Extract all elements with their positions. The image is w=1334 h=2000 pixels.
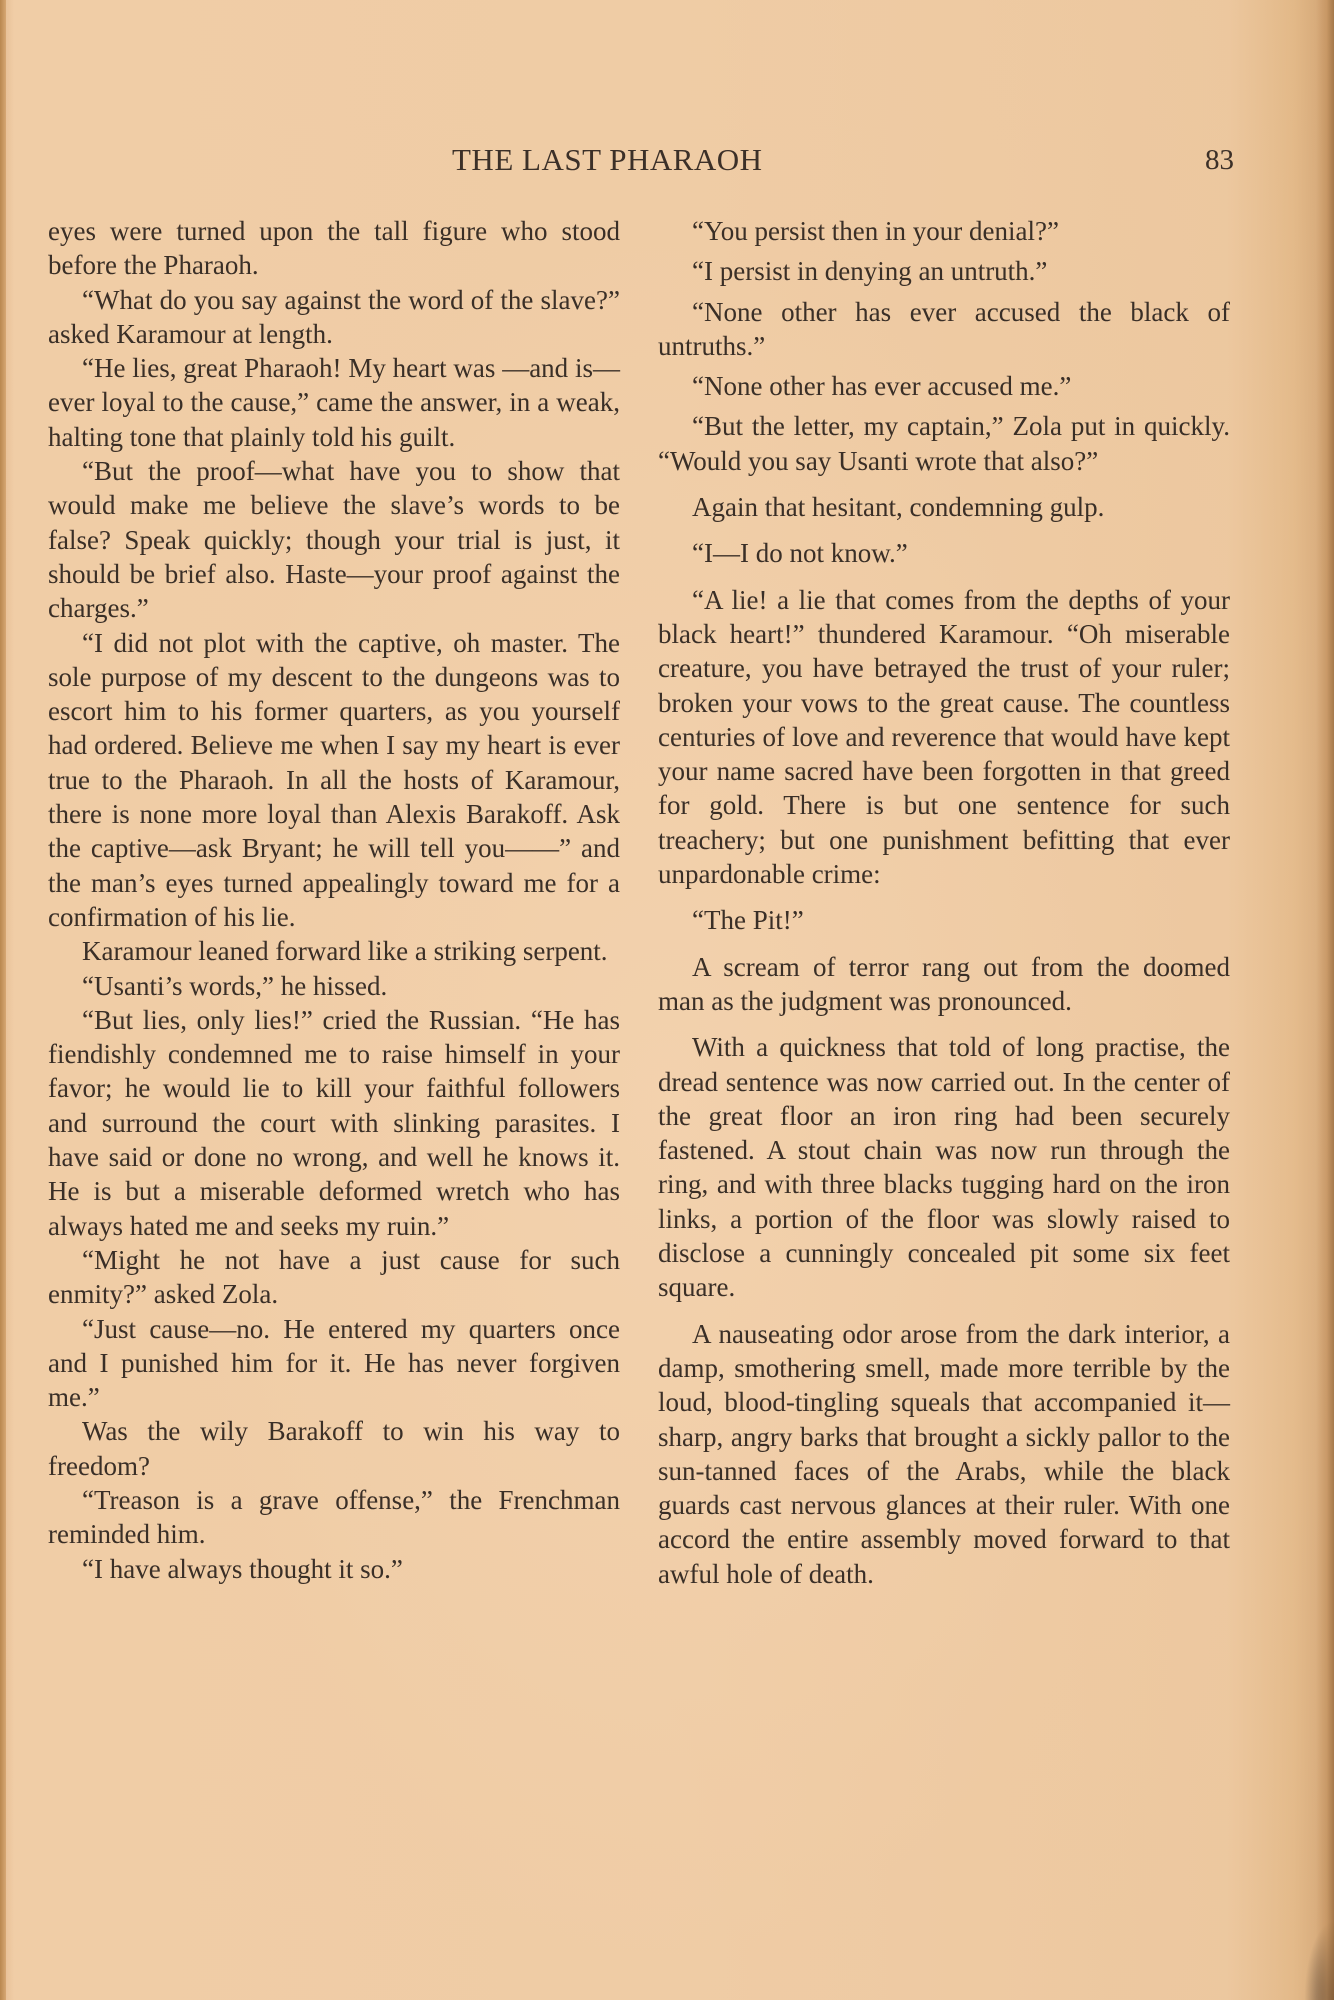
book-page: THE LAST PHARAOH 83 eyes were turned upo… <box>0 0 1334 2000</box>
page-number: 83 <box>1205 140 1234 180</box>
paragraph: Again that hesitant, condemning gulp. <box>658 490 1230 524</box>
page-corner-shadow <box>1304 1920 1334 2000</box>
paragraph: “Just cause—no. He entered my quar­ters … <box>48 1312 620 1415</box>
paragraph: “A lie! a lie that comes from the depths… <box>658 583 1230 892</box>
paragraph: A scream of terror rang out from the doo… <box>658 950 1230 1019</box>
paragraph: “But lies, only lies!” cried the Russian… <box>48 1003 620 1243</box>
paragraph: “I persist in denying an untruth.” <box>658 254 1230 288</box>
paragraph: “What do you say against the word of the… <box>48 283 620 352</box>
paragraph: “None other has ever accused the black o… <box>658 295 1230 364</box>
left-column: eyes were turned upon the tall figure wh… <box>48 214 620 1586</box>
paragraph: “Might he not have a just cause for such… <box>48 1243 620 1312</box>
paragraph: “Usanti’s words,” he hissed. <box>48 969 620 1003</box>
right-column: “You persist then in your denial?” “I pe… <box>658 214 1230 1597</box>
running-title: THE LAST PHARAOH <box>452 140 763 180</box>
paragraph: “You persist then in your denial?” <box>658 214 1230 248</box>
paragraph: A nauseating odor arose from the dark in… <box>658 1317 1230 1591</box>
paragraph: “But the letter, my captain,” Zola put i… <box>658 409 1230 478</box>
paragraph: Was the wily Barakoff to win his way to … <box>48 1414 620 1483</box>
paragraph: “None other has ever accused me.” <box>658 369 1230 403</box>
paragraph: “He lies, great Pharaoh! My heart was —a… <box>48 351 620 454</box>
paragraph: “I—I do not know.” <box>658 536 1230 570</box>
paragraph: Karamour leaned forward like a strik­ing… <box>48 934 620 968</box>
paragraph: “Treason is a grave offense,” the French… <box>48 1483 620 1552</box>
paragraph: “I did not plot with the captive, oh mas… <box>48 626 620 935</box>
paragraph: With a quickness that told of long pract… <box>658 1030 1230 1304</box>
paragraph: eyes were turned upon the tall figure wh… <box>48 214 620 283</box>
paragraph: “The Pit!” <box>658 903 1230 937</box>
running-head: THE LAST PHARAOH 83 <box>0 140 1334 180</box>
paragraph: “I have always thought it so.” <box>48 1552 620 1586</box>
paragraph: “But the proof—what have you to show tha… <box>48 454 620 625</box>
